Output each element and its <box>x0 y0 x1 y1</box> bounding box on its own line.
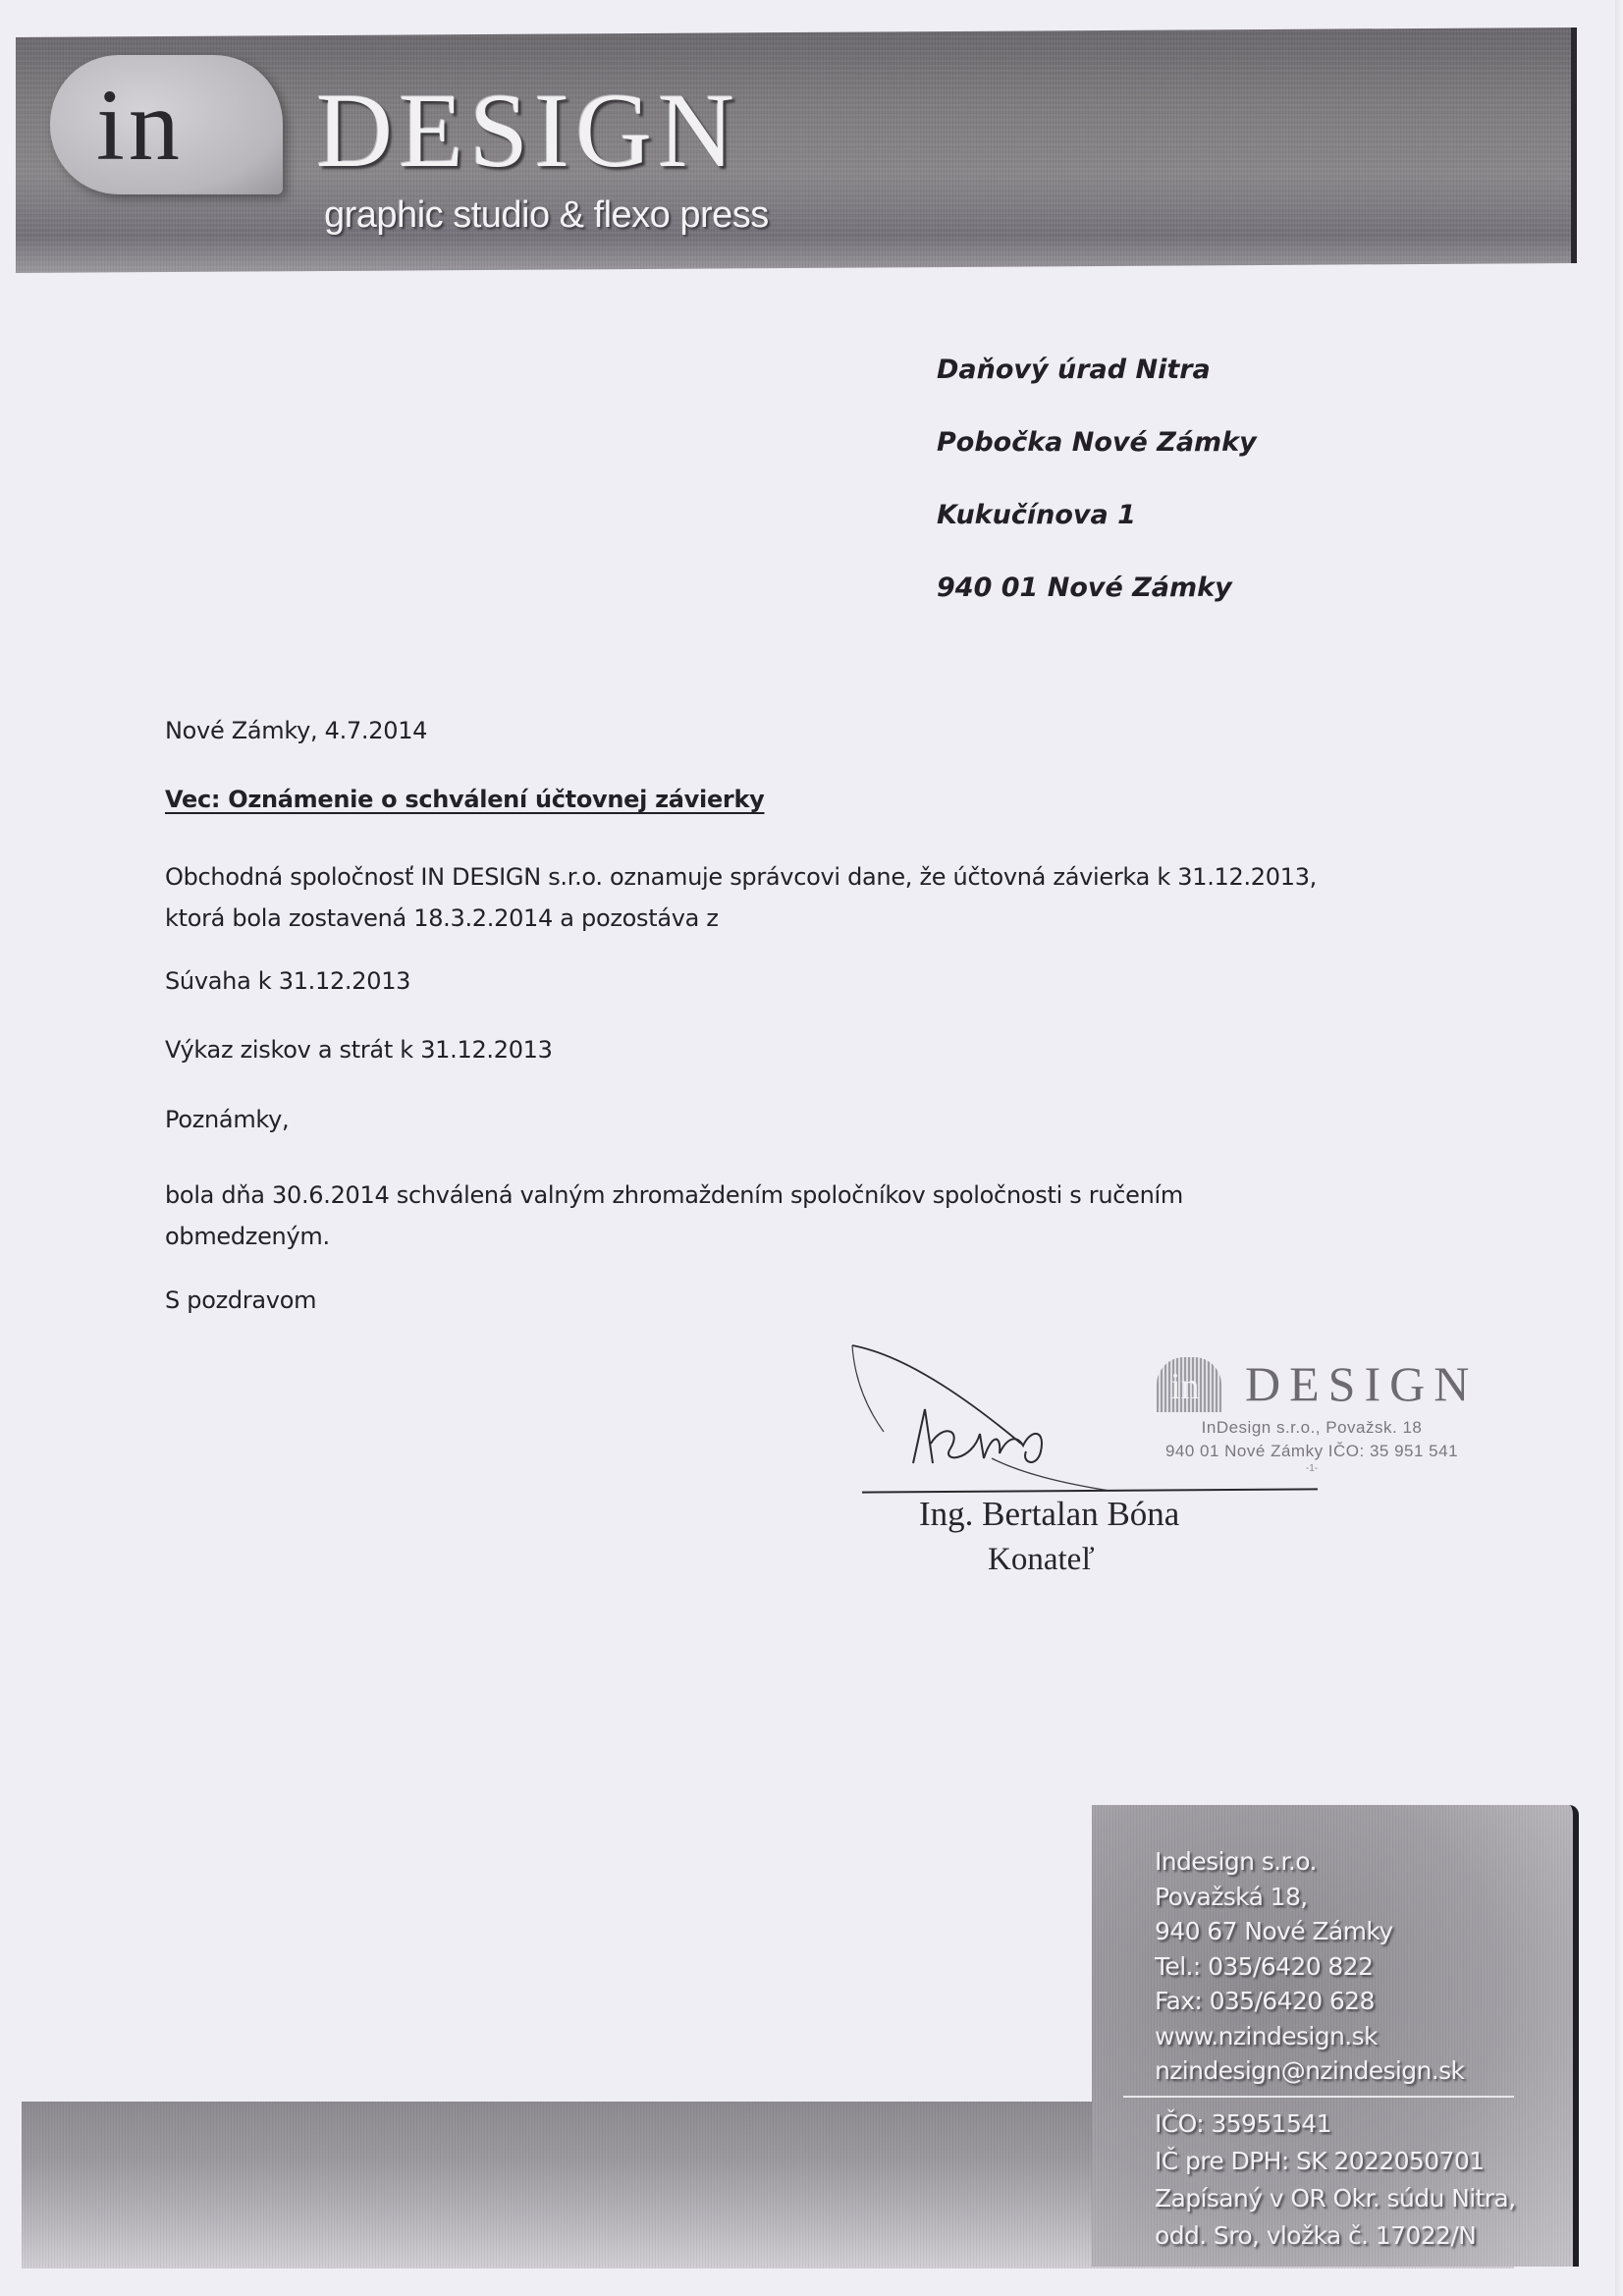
paragraph-intro: Obchodná spoločnosť IN DESIGN s.r.o. ozn… <box>165 856 1441 939</box>
page-edge <box>1615 0 1623 2296</box>
closing-salutation: S pozdravom <box>165 1286 316 1314</box>
footer-registry: Zapísaný v OR Okr. súdu Nitra, <box>1155 2180 1516 2217</box>
paragraph-line: ktorá bola zostavená 18.3.2.2014 a pozos… <box>165 898 1441 939</box>
stamp-logo-design: DESIGN <box>1245 1355 1478 1412</box>
footer-registry-section: odd. Sro, vložka č. 17022/N <box>1155 2217 1516 2255</box>
component-income-statement: Výkaz ziskov a strát k 31.12.2013 <box>165 1036 553 1064</box>
footer-website: www.nzindesign.sk <box>1155 2019 1464 2054</box>
logo-in-text: in <box>96 75 184 177</box>
recipient-line: 940 01 Nové Zámky <box>937 560 1257 632</box>
handwritten-signature <box>844 1336 1139 1503</box>
paragraph-approval: bola dňa 30.6.2014 schválená valným zhro… <box>165 1175 1441 1257</box>
place-date: Nové Zámky, 4.7.2014 <box>165 717 427 744</box>
component-balance-sheet: Súvaha k 31.12.2013 <box>165 967 410 995</box>
footer-vat-id: IČ pre DPH: SK 2022050701 <box>1155 2143 1516 2180</box>
recipient-line: Pobočka Nové Zámky <box>937 414 1257 487</box>
recipient-line: Kukučínova 1 <box>937 487 1257 560</box>
footer-phone: Tel.: 035/6420 822 <box>1155 1949 1464 1985</box>
footer-contacts: Indesign s.r.o. Považská 18, 940 67 Nové… <box>1155 1844 1464 2089</box>
footer-city: 940 67 Nové Zámky <box>1155 1914 1464 1949</box>
paragraph-line: obmedzeným. <box>165 1216 1441 1257</box>
recipient-line: Daňový úrad Nitra <box>937 342 1257 414</box>
stamp-city-ico: 940 01 Nové Zámky IČO: 35 951 541 <box>1149 1442 1475 1461</box>
signer-name: Ing. Bertalan Bóna <box>919 1495 1179 1534</box>
logo-design-text: DESIGN <box>316 79 740 185</box>
letterhead-banner: in DESIGN graphic studio & flexo press <box>16 27 1577 273</box>
stamp-number: -1- <box>1149 1463 1475 1474</box>
component-notes: Poznámky, <box>165 1106 289 1133</box>
footer-fax: Fax: 035/6420 628 <box>1155 1984 1464 2019</box>
subject-line: Vec: Oznámenie o schválení účtovnej závi… <box>165 786 764 813</box>
stamp-logo-in: in <box>1170 1365 1200 1408</box>
signer-role: Konateľ <box>988 1542 1095 1578</box>
footer-legal: IČO: 35951541 IČ pre DPH: SK 2022050701 … <box>1155 2105 1516 2255</box>
stamp-address: InDesign s.r.o., Považsk. 18 <box>1149 1418 1475 1438</box>
footer-email: nzindesign@nzindesign.sk <box>1155 2053 1464 2089</box>
footer-company-name: Indesign s.r.o. <box>1155 1844 1464 1880</box>
paragraph-line: Obchodná spoločnosť IN DESIGN s.r.o. ozn… <box>165 856 1441 898</box>
recipient-address: Daňový úrad Nitra Pobočka Nové Zámky Kuk… <box>937 342 1257 632</box>
footer-street: Považská 18, <box>1155 1880 1464 1915</box>
footer-ico: IČO: 35951541 <box>1155 2105 1516 2143</box>
footer-divider <box>1123 2096 1514 2098</box>
paragraph-line: bola dňa 30.6.2014 schválená valným zhro… <box>165 1175 1441 1216</box>
logo-tagline: graphic studio & flexo press <box>324 196 769 234</box>
